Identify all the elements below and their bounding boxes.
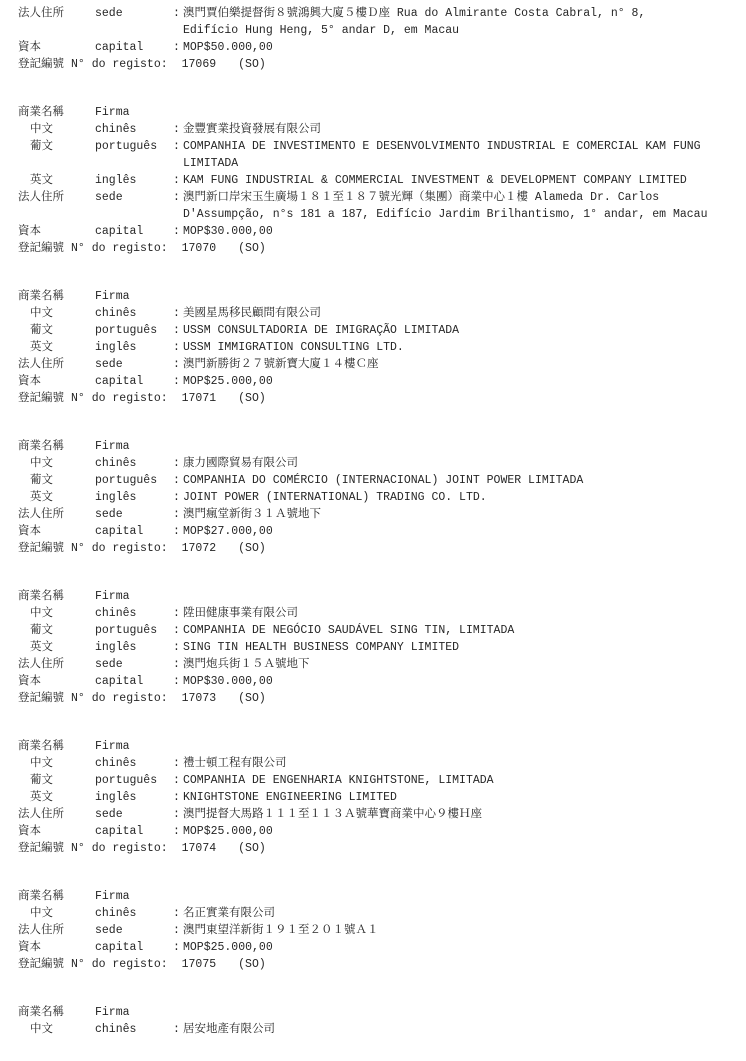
field-label-pt: capital — [95, 373, 173, 390]
field-value: MOP$25.000,00 — [183, 823, 738, 840]
field-label-zh: 中文 — [18, 905, 95, 922]
field-row: 中文chinês:陞田健康事業有限公司 — [18, 605, 738, 622]
field-value: KAM FUNG INDUSTRIAL & COMMERCIAL INVESTM… — [183, 172, 738, 189]
company-entry: 商業名稱Firma中文chinês:名正實業有限公司法人住所sede:澳門東望洋… — [18, 888, 738, 973]
field-label-pt: sede — [95, 5, 173, 22]
field-value: 澳門新口岸宋玉生廣場１８１至１８７號光輝（集團）商業中心１樓 Alameda D… — [183, 189, 738, 223]
field-label-pt: N° do registo: — [71, 540, 168, 557]
field-row: 法人住所sede:澳門新勝街２７號新寶大廈１４樓Ｃ座 — [18, 356, 738, 373]
field-label-zh: 商業名稱 — [18, 438, 95, 455]
field-label-zh: 葡文 — [18, 472, 95, 489]
field-value: 美國星馬移民顧問有限公司 — [183, 305, 738, 322]
field-row: 中文chinês:居安地產有限公司 — [18, 1021, 738, 1038]
field-label-zh: 資本 — [18, 523, 95, 540]
field-value: 名正實業有限公司 — [183, 905, 738, 922]
company-entry: 商業名稱Firma中文chinês:禮士頓工程有限公司葡文português:C… — [18, 738, 738, 857]
field-label-pt: capital — [95, 223, 173, 240]
field-label-pt: sede — [95, 806, 173, 823]
firma-header-row: 商業名稱Firma — [18, 588, 738, 605]
field-row: 法人住所sede:澳門東望洋新街１９１至２０１號Ａ１ — [18, 922, 738, 939]
field-row: 中文chinês:康力國際貿易有限公司 — [18, 455, 738, 472]
field-label-zh: 商業名稱 — [18, 104, 95, 121]
field-label-zh: 英文 — [18, 489, 95, 506]
field-label-pt: sede — [95, 922, 173, 939]
field-label-pt: português — [95, 472, 173, 489]
field-value: KNIGHTSTONE ENGINEERING LIMITED — [183, 789, 738, 806]
field-label-zh: 商業名稱 — [18, 1004, 95, 1021]
registration-number-row: 登記編號N° do registo:17071(SO) — [18, 390, 738, 407]
field-label-pt: capital — [95, 39, 173, 56]
field-label-pt: português — [95, 138, 173, 155]
field-row: 法人住所sede:澳門炮兵街１５Ａ號地下 — [18, 656, 738, 673]
field-row: 葡文português:COMPANHIA DE NEGÓCIO SAUDÁVE… — [18, 622, 738, 639]
colon-separator: : — [173, 305, 183, 322]
colon-separator: : — [173, 138, 183, 155]
field-label-zh: 商業名稱 — [18, 888, 95, 905]
field-value: USSM IMMIGRATION CONSULTING LTD. — [183, 339, 738, 356]
colon-separator: : — [173, 506, 183, 523]
field-label-zh: 商業名稱 — [18, 288, 95, 305]
colon-separator: : — [173, 472, 183, 489]
registration-number-row: 登記編號N° do registo:17074(SO) — [18, 840, 738, 857]
company-entry: 商業名稱Firma中文chinês:金豐實業投資發展有限公司葡文portuguê… — [18, 104, 738, 257]
colon-separator: : — [173, 772, 183, 789]
field-row: 法人住所sede:澳門賈伯樂提督街８號鴻興大廈５樓Ｄ座 Rua do Almir… — [18, 5, 738, 39]
registration-number: 17071 — [182, 390, 217, 407]
field-label-pt: sede — [95, 356, 173, 373]
field-value: 澳門瘋堂新街３１Ａ號地下 — [183, 506, 738, 523]
field-value: 康力國際貿易有限公司 — [183, 455, 738, 472]
field-value: 澳門提督大馬路１１１至１１３Ａ號華寶商業中心９樓Ｈ座 — [183, 806, 738, 823]
colon-separator: : — [173, 523, 183, 540]
field-label-zh: 登記編號 — [18, 690, 64, 707]
field-row: 英文inglês:USSM IMMIGRATION CONSULTING LTD… — [18, 339, 738, 356]
field-row: 中文chinês:禮士頓工程有限公司 — [18, 755, 738, 772]
field-label-zh: 葡文 — [18, 322, 95, 339]
colon-separator: : — [173, 339, 183, 356]
field-label-pt: chinês — [95, 305, 173, 322]
registration-number: 17074 — [182, 840, 217, 857]
field-label-pt: Firma — [95, 588, 173, 605]
field-label-zh: 葡文 — [18, 772, 95, 789]
field-label-pt: Firma — [95, 1004, 173, 1021]
field-row: 法人住所sede:澳門新口岸宋玉生廣場１８１至１８７號光輝（集團）商業中心１樓 … — [18, 189, 738, 223]
company-entry: 商業名稱Firma中文chinês:康力國際貿易有限公司葡文português:… — [18, 438, 738, 557]
field-label-zh: 中文 — [18, 605, 95, 622]
field-label-zh: 英文 — [18, 639, 95, 656]
field-label-zh: 商業名稱 — [18, 588, 95, 605]
registration-number-row: 登記編號N° do registo:17069(SO) — [18, 56, 738, 73]
colon-separator: : — [173, 905, 183, 922]
company-entry: 商業名稱Firma中文chinês:居安地產有限公司 — [18, 1004, 738, 1038]
field-label-zh: 法人住所 — [18, 506, 95, 523]
field-label-pt: português — [95, 622, 173, 639]
firma-header-row: 商業名稱Firma — [18, 888, 738, 905]
company-entry: 商業名稱Firma中文chinês:陞田健康事業有限公司葡文português:… — [18, 588, 738, 707]
field-label-pt: Firma — [95, 288, 173, 305]
field-value: MOP$25.000,00 — [183, 373, 738, 390]
field-value: COMPANHIA DE ENGENHARIA KNIGHTSTONE, LIM… — [183, 772, 738, 789]
colon-separator: : — [173, 823, 183, 840]
registration-number: 17069 — [182, 56, 217, 73]
field-label-zh: 資本 — [18, 223, 95, 240]
firma-header-row: 商業名稱Firma — [18, 738, 738, 755]
field-value: USSM CONSULTADORIA DE IMIGRAÇÃO LIMITADA — [183, 322, 738, 339]
registry-type-mark: (SO) — [238, 390, 266, 407]
field-row: 葡文português:USSM CONSULTADORIA DE IMIGRA… — [18, 322, 738, 339]
field-label-zh: 登記編號 — [18, 840, 64, 857]
field-row: 英文inglês:JOINT POWER (INTERNATIONAL) TRA… — [18, 489, 738, 506]
field-label-zh: 法人住所 — [18, 922, 95, 939]
colon-separator: : — [173, 639, 183, 656]
field-label-pt: inglês — [95, 172, 173, 189]
field-label-pt: inglês — [95, 639, 173, 656]
field-label-pt: capital — [95, 523, 173, 540]
field-row: 資本capital:MOP$25.000,00 — [18, 939, 738, 956]
field-row: 資本capital:MOP$25.000,00 — [18, 373, 738, 390]
colon-separator: : — [173, 322, 183, 339]
colon-separator: : — [173, 172, 183, 189]
field-label-pt: sede — [95, 189, 173, 206]
firma-header-row: 商業名稱Firma — [18, 104, 738, 121]
registration-number-row: 登記編號N° do registo:17075(SO) — [18, 956, 738, 973]
colon-separator: : — [173, 622, 183, 639]
field-label-pt: N° do registo: — [71, 390, 168, 407]
field-label-pt: Firma — [95, 738, 173, 755]
field-label-zh: 登記編號 — [18, 240, 64, 257]
colon-separator: : — [173, 489, 183, 506]
field-label-zh: 英文 — [18, 789, 95, 806]
field-value: 禮士頓工程有限公司 — [183, 755, 738, 772]
field-label-pt: chinês — [95, 605, 173, 622]
field-row: 資本capital:MOP$27.000,00 — [18, 523, 738, 540]
field-label-zh: 登記編號 — [18, 390, 64, 407]
field-row: 中文chinês:名正實業有限公司 — [18, 905, 738, 922]
field-label-zh: 資本 — [18, 673, 95, 690]
colon-separator: : — [173, 356, 183, 373]
field-label-zh: 資本 — [18, 939, 95, 956]
field-label-zh: 資本 — [18, 823, 95, 840]
field-value: MOP$25.000,00 — [183, 939, 738, 956]
colon-separator: : — [173, 5, 183, 22]
colon-separator: : — [173, 939, 183, 956]
field-label-zh: 登記編號 — [18, 540, 64, 557]
field-label-pt: N° do registo: — [71, 840, 168, 857]
field-label-pt: N° do registo: — [71, 956, 168, 973]
field-row: 法人住所sede:澳門瘋堂新街３１Ａ號地下 — [18, 506, 738, 523]
registration-number-row: 登記編號N° do registo:17073(SO) — [18, 690, 738, 707]
registry-type-mark: (SO) — [238, 540, 266, 557]
field-label-pt: capital — [95, 823, 173, 840]
field-label-pt: inglês — [95, 489, 173, 506]
firma-header-row: 商業名稱Firma — [18, 288, 738, 305]
field-value: 澳門炮兵街１５Ａ號地下 — [183, 656, 738, 673]
field-value: 陞田健康事業有限公司 — [183, 605, 738, 622]
field-label-pt: chinês — [95, 1021, 173, 1038]
colon-separator: : — [173, 806, 183, 823]
registration-number: 17075 — [182, 956, 217, 973]
field-label-pt: chinês — [95, 121, 173, 138]
field-value: 金豐實業投資發展有限公司 — [183, 121, 738, 138]
colon-separator: : — [173, 755, 183, 772]
field-label-pt: N° do registo: — [71, 690, 168, 707]
field-label-zh: 葡文 — [18, 622, 95, 639]
field-value: SING TIN HEALTH BUSINESS COMPANY LIMITED — [183, 639, 738, 656]
field-row: 英文inglês:KNIGHTSTONE ENGINEERING LIMITED — [18, 789, 738, 806]
colon-separator: : — [173, 39, 183, 56]
field-label-pt: chinês — [95, 905, 173, 922]
field-label-zh: 中文 — [18, 305, 95, 322]
registry-type-mark: (SO) — [238, 240, 266, 257]
field-label-zh: 英文 — [18, 172, 95, 189]
field-row: 資本capital:MOP$25.000,00 — [18, 823, 738, 840]
field-label-pt: português — [95, 322, 173, 339]
colon-separator: : — [173, 189, 183, 206]
field-label-zh: 資本 — [18, 373, 95, 390]
registration-number: 17073 — [182, 690, 217, 707]
field-label-pt: sede — [95, 656, 173, 673]
field-label-zh: 英文 — [18, 339, 95, 356]
colon-separator: : — [173, 1021, 183, 1038]
field-row: 葡文português:COMPANHIA DE ENGENHARIA KNIG… — [18, 772, 738, 789]
firma-header-row: 商業名稱Firma — [18, 438, 738, 455]
field-row: 中文chinês:金豐實業投資發展有限公司 — [18, 121, 738, 138]
field-label-zh: 資本 — [18, 39, 95, 56]
field-row: 中文chinês:美國星馬移民顧問有限公司 — [18, 305, 738, 322]
registration-number-row: 登記編號N° do registo:17072(SO) — [18, 540, 738, 557]
field-row: 法人住所sede:澳門提督大馬路１１１至１１３Ａ號華寶商業中心９樓Ｈ座 — [18, 806, 738, 823]
field-label-zh: 登記編號 — [18, 956, 64, 973]
field-value: MOP$30.000,00 — [183, 673, 738, 690]
colon-separator: : — [173, 789, 183, 806]
field-value: 居安地產有限公司 — [183, 1021, 738, 1038]
registration-number: 17070 — [182, 240, 217, 257]
field-value: COMPANHIA DO COMÉRCIO (INTERNACIONAL) JO… — [183, 472, 738, 489]
colon-separator: : — [173, 373, 183, 390]
field-row: 資本capital:MOP$50.000,00 — [18, 39, 738, 56]
field-value: MOP$30.000,00 — [183, 223, 738, 240]
registration-number: 17072 — [182, 540, 217, 557]
field-label-pt: capital — [95, 673, 173, 690]
colon-separator: : — [173, 121, 183, 138]
field-value: 澳門賈伯樂提督街８號鴻興大廈５樓Ｄ座 Rua do Almirante Cost… — [183, 5, 738, 39]
registry-type-mark: (SO) — [238, 56, 266, 73]
field-label-pt: inglês — [95, 789, 173, 806]
field-value: MOP$50.000,00 — [183, 39, 738, 56]
field-row: 葡文português:COMPANHIA DO COMÉRCIO (INTER… — [18, 472, 738, 489]
field-row: 資本capital:MOP$30.000,00 — [18, 223, 738, 240]
company-entry: 商業名稱Firma中文chinês:美國星馬移民顧問有限公司葡文portuguê… — [18, 288, 738, 407]
colon-separator: : — [173, 922, 183, 939]
field-label-zh: 中文 — [18, 455, 95, 472]
company-entry: 法人住所sede:澳門賈伯樂提督街８號鴻興大廈５樓Ｄ座 Rua do Almir… — [18, 5, 738, 73]
registry-type-mark: (SO) — [238, 840, 266, 857]
field-label-zh: 中文 — [18, 755, 95, 772]
field-row: 英文inglês:KAM FUNG INDUSTRIAL & COMMERCIA… — [18, 172, 738, 189]
colon-separator: : — [173, 223, 183, 240]
firma-header-row: 商業名稱Firma — [18, 1004, 738, 1021]
field-label-zh: 法人住所 — [18, 356, 95, 373]
field-row: 葡文português:COMPANHIA DE INVESTIMENTO E … — [18, 138, 738, 172]
field-label-pt: chinês — [95, 755, 173, 772]
colon-separator: : — [173, 656, 183, 673]
registry-type-mark: (SO) — [238, 956, 266, 973]
field-label-pt: Firma — [95, 104, 173, 121]
field-label-pt: capital — [95, 939, 173, 956]
colon-separator: : — [173, 455, 183, 472]
field-label-zh: 法人住所 — [18, 656, 95, 673]
field-label-zh: 葡文 — [18, 138, 95, 155]
field-value: 澳門東望洋新街１９１至２０１號Ａ１ — [183, 922, 738, 939]
field-label-pt: Firma — [95, 438, 173, 455]
field-label-pt: sede — [95, 506, 173, 523]
registry-type-mark: (SO) — [238, 690, 266, 707]
field-label-zh: 商業名稱 — [18, 738, 95, 755]
field-label-pt: Firma — [95, 888, 173, 905]
field-value: 澳門新勝街２７號新寶大廈１４樓Ｃ座 — [183, 356, 738, 373]
colon-separator: : — [173, 673, 183, 690]
colon-separator: : — [173, 605, 183, 622]
field-row: 英文inglês:SING TIN HEALTH BUSINESS COMPAN… — [18, 639, 738, 656]
field-row: 資本capital:MOP$30.000,00 — [18, 673, 738, 690]
field-label-pt: N° do registo: — [71, 240, 168, 257]
field-value: COMPANHIA DE INVESTIMENTO E DESENVOLVIME… — [183, 138, 738, 172]
field-label-pt: chinês — [95, 455, 173, 472]
field-label-zh: 法人住所 — [18, 806, 95, 823]
field-label-pt: inglês — [95, 339, 173, 356]
field-value: COMPANHIA DE NEGÓCIO SAUDÁVEL SING TIN, … — [183, 622, 738, 639]
field-label-zh: 登記編號 — [18, 56, 64, 73]
field-label-zh: 中文 — [18, 1021, 95, 1038]
document-page: 法人住所sede:澳門賈伯樂提督街８號鴻興大廈５樓Ｄ座 Rua do Almir… — [0, 0, 746, 1061]
field-value: MOP$27.000,00 — [183, 523, 738, 540]
field-label-zh: 法人住所 — [18, 5, 95, 22]
field-label-zh: 法人住所 — [18, 189, 95, 206]
registration-number-row: 登記編號N° do registo:17070(SO) — [18, 240, 738, 257]
field-label-pt: português — [95, 772, 173, 789]
field-label-pt: N° do registo: — [71, 56, 168, 73]
field-label-zh: 中文 — [18, 121, 95, 138]
field-value: JOINT POWER (INTERNATIONAL) TRADING CO. … — [183, 489, 738, 506]
